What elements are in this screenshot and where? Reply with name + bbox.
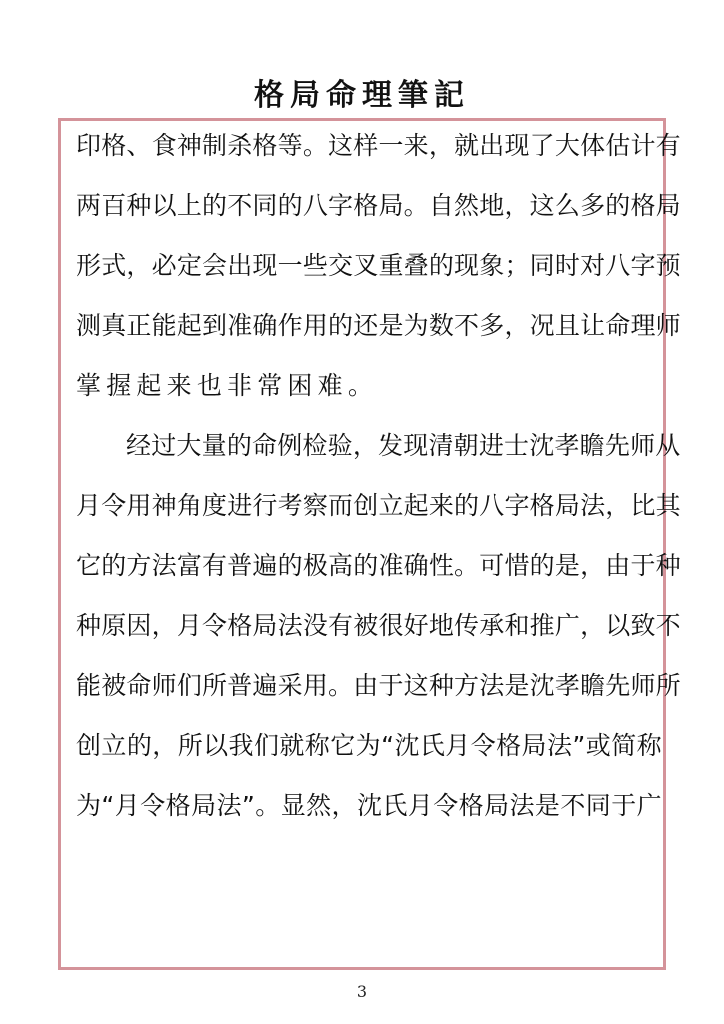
page-title: 格局命理筆記 bbox=[0, 78, 724, 114]
text-line: 经过大量的命例检验，发现清朝进士沈孝瞻先师从 bbox=[76, 426, 662, 486]
text-line: 测真正能起到准确作用的还是为数不多，况且让命理师 bbox=[76, 306, 662, 366]
text-line: 月令用神角度进行考察而创立起来的八字格局法，比其 bbox=[76, 486, 662, 546]
text-line: 为“月令格局法”。显然，沈氏月令格局法是不同于广 bbox=[76, 786, 662, 846]
text-line: 创立的，所以我们就称它为“沈氏月令格局法”或简称 bbox=[76, 726, 662, 786]
text-line: 两百种以上的不同的八字格局。自然地，这么多的格局 bbox=[76, 186, 662, 246]
text-line: 形式，必定会出现一些交叉重叠的现象；同时对八字预 bbox=[76, 246, 662, 306]
body-text: 印格、食神制杀格等。这样一来，就出现了大体估计有 两百种以上的不同的八字格局。自… bbox=[76, 126, 662, 846]
text-line: 它的方法富有普遍的极高的准确性。可惜的是，由于种 bbox=[76, 546, 662, 606]
text-line: 种原因，月令格局法没有被很好地传承和推广，以致不 bbox=[76, 606, 662, 666]
text-line: 能被命师们所普遍采用。由于这种方法是沈孝瞻先师所 bbox=[76, 666, 662, 726]
text-line: 印格、食神制杀格等。这样一来，就出现了大体估计有 bbox=[76, 126, 662, 186]
page-number: 3 bbox=[0, 982, 724, 1001]
text-line: 掌握起来也非常困难。 bbox=[76, 366, 662, 426]
